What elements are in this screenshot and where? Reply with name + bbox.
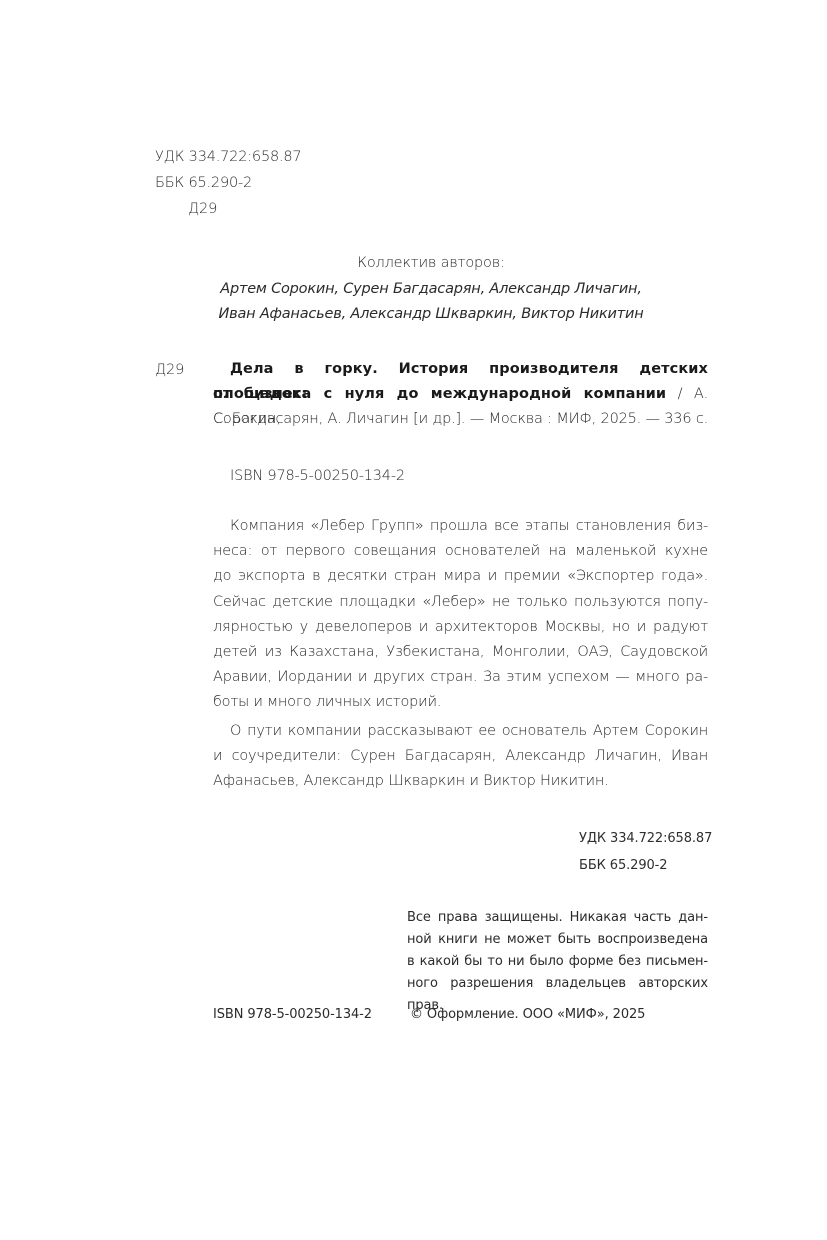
bibliographic-description: Дела в горку. История производителя детс… bbox=[213, 357, 708, 433]
annotation-paragraph-2: О пути компании рассказывают ее основате… bbox=[213, 719, 708, 795]
annotation-line: детей из Казахстана, Узбекистана, Монгол… bbox=[213, 640, 708, 665]
book-subtitle: от бизнеса с нуля до международной компа… bbox=[213, 386, 666, 402]
bbk-code-top: ББК 65.290-2 bbox=[155, 170, 252, 196]
annotation-line: Аравии, Иордании и других стран. За этим… bbox=[213, 665, 708, 690]
book-title-line-2: от бизнеса с нуля до международной компа… bbox=[213, 382, 708, 407]
bbk-code-bottom: ББК 65.290-2 bbox=[579, 855, 667, 877]
annotation-line: Афанасьев, Александр Шкваркин и Виктор Н… bbox=[213, 769, 708, 794]
udk-code-top: УДК 334.722:658.87 bbox=[155, 144, 301, 170]
annotation-line: О пути компании рассказывают ее основате… bbox=[213, 719, 708, 744]
authors-names-line-2: Иван Афанасьев, Александр Шкваркин, Викт… bbox=[131, 301, 731, 327]
annotation-line: Сейчас детские площадки «Лебер» не тольк… bbox=[213, 590, 708, 615]
author-mark-entry: Д29 bbox=[155, 357, 184, 383]
rights-line: Все права защищены. Никакая часть дан- bbox=[407, 907, 708, 929]
book-title-line-1: Дела в горку. История производителя детс… bbox=[213, 357, 708, 382]
annotation-line: до экспорта в десятки стран мира и преми… bbox=[213, 564, 708, 589]
isbn-entry: ISBN 978-5-00250-134-2 bbox=[230, 463, 405, 489]
rights-line: ной книги не может быть воспроизведена bbox=[407, 929, 708, 951]
annotation-line: лярностью у девелоперов и архитекторов М… bbox=[213, 615, 708, 640]
annotation-line: Компания «Лебер Групп» прошла все этапы … bbox=[213, 514, 708, 539]
authors-names-line-1: Артем Сорокин, Сурен Багдасарян, Алексан… bbox=[131, 276, 731, 302]
rights-notice: Все права защищены. Никакая часть дан- н… bbox=[407, 907, 708, 995]
rights-line: в какой бы то ни было форме без письмен- bbox=[407, 951, 708, 973]
annotation-line: боты и много личных историй. bbox=[213, 690, 708, 715]
publication-details: С. Багдасарян, А. Личагин [и др.]. — Мос… bbox=[213, 407, 708, 432]
annotation-line: и соучредители: Сурен Багдасарян, Алекса… bbox=[213, 744, 708, 769]
annotation-line: неса: от первого совещания основателей н… bbox=[213, 539, 708, 564]
author-mark-top: Д29 bbox=[188, 196, 217, 222]
isbn-footer: ISBN 978-5-00250-134-2 bbox=[213, 1004, 372, 1026]
authors-label: Коллектив авторов: bbox=[131, 250, 731, 276]
copyright-notice: © Оформление. ООО «МИФ», 2025 bbox=[410, 1004, 645, 1026]
annotation-paragraph-1: Компания «Лебер Групп» прошла все этапы … bbox=[213, 514, 708, 716]
udk-code-bottom: УДК 334.722:658.87 bbox=[579, 828, 712, 850]
rights-line: ного разрешения владельцев авторских пра… bbox=[407, 973, 708, 995]
